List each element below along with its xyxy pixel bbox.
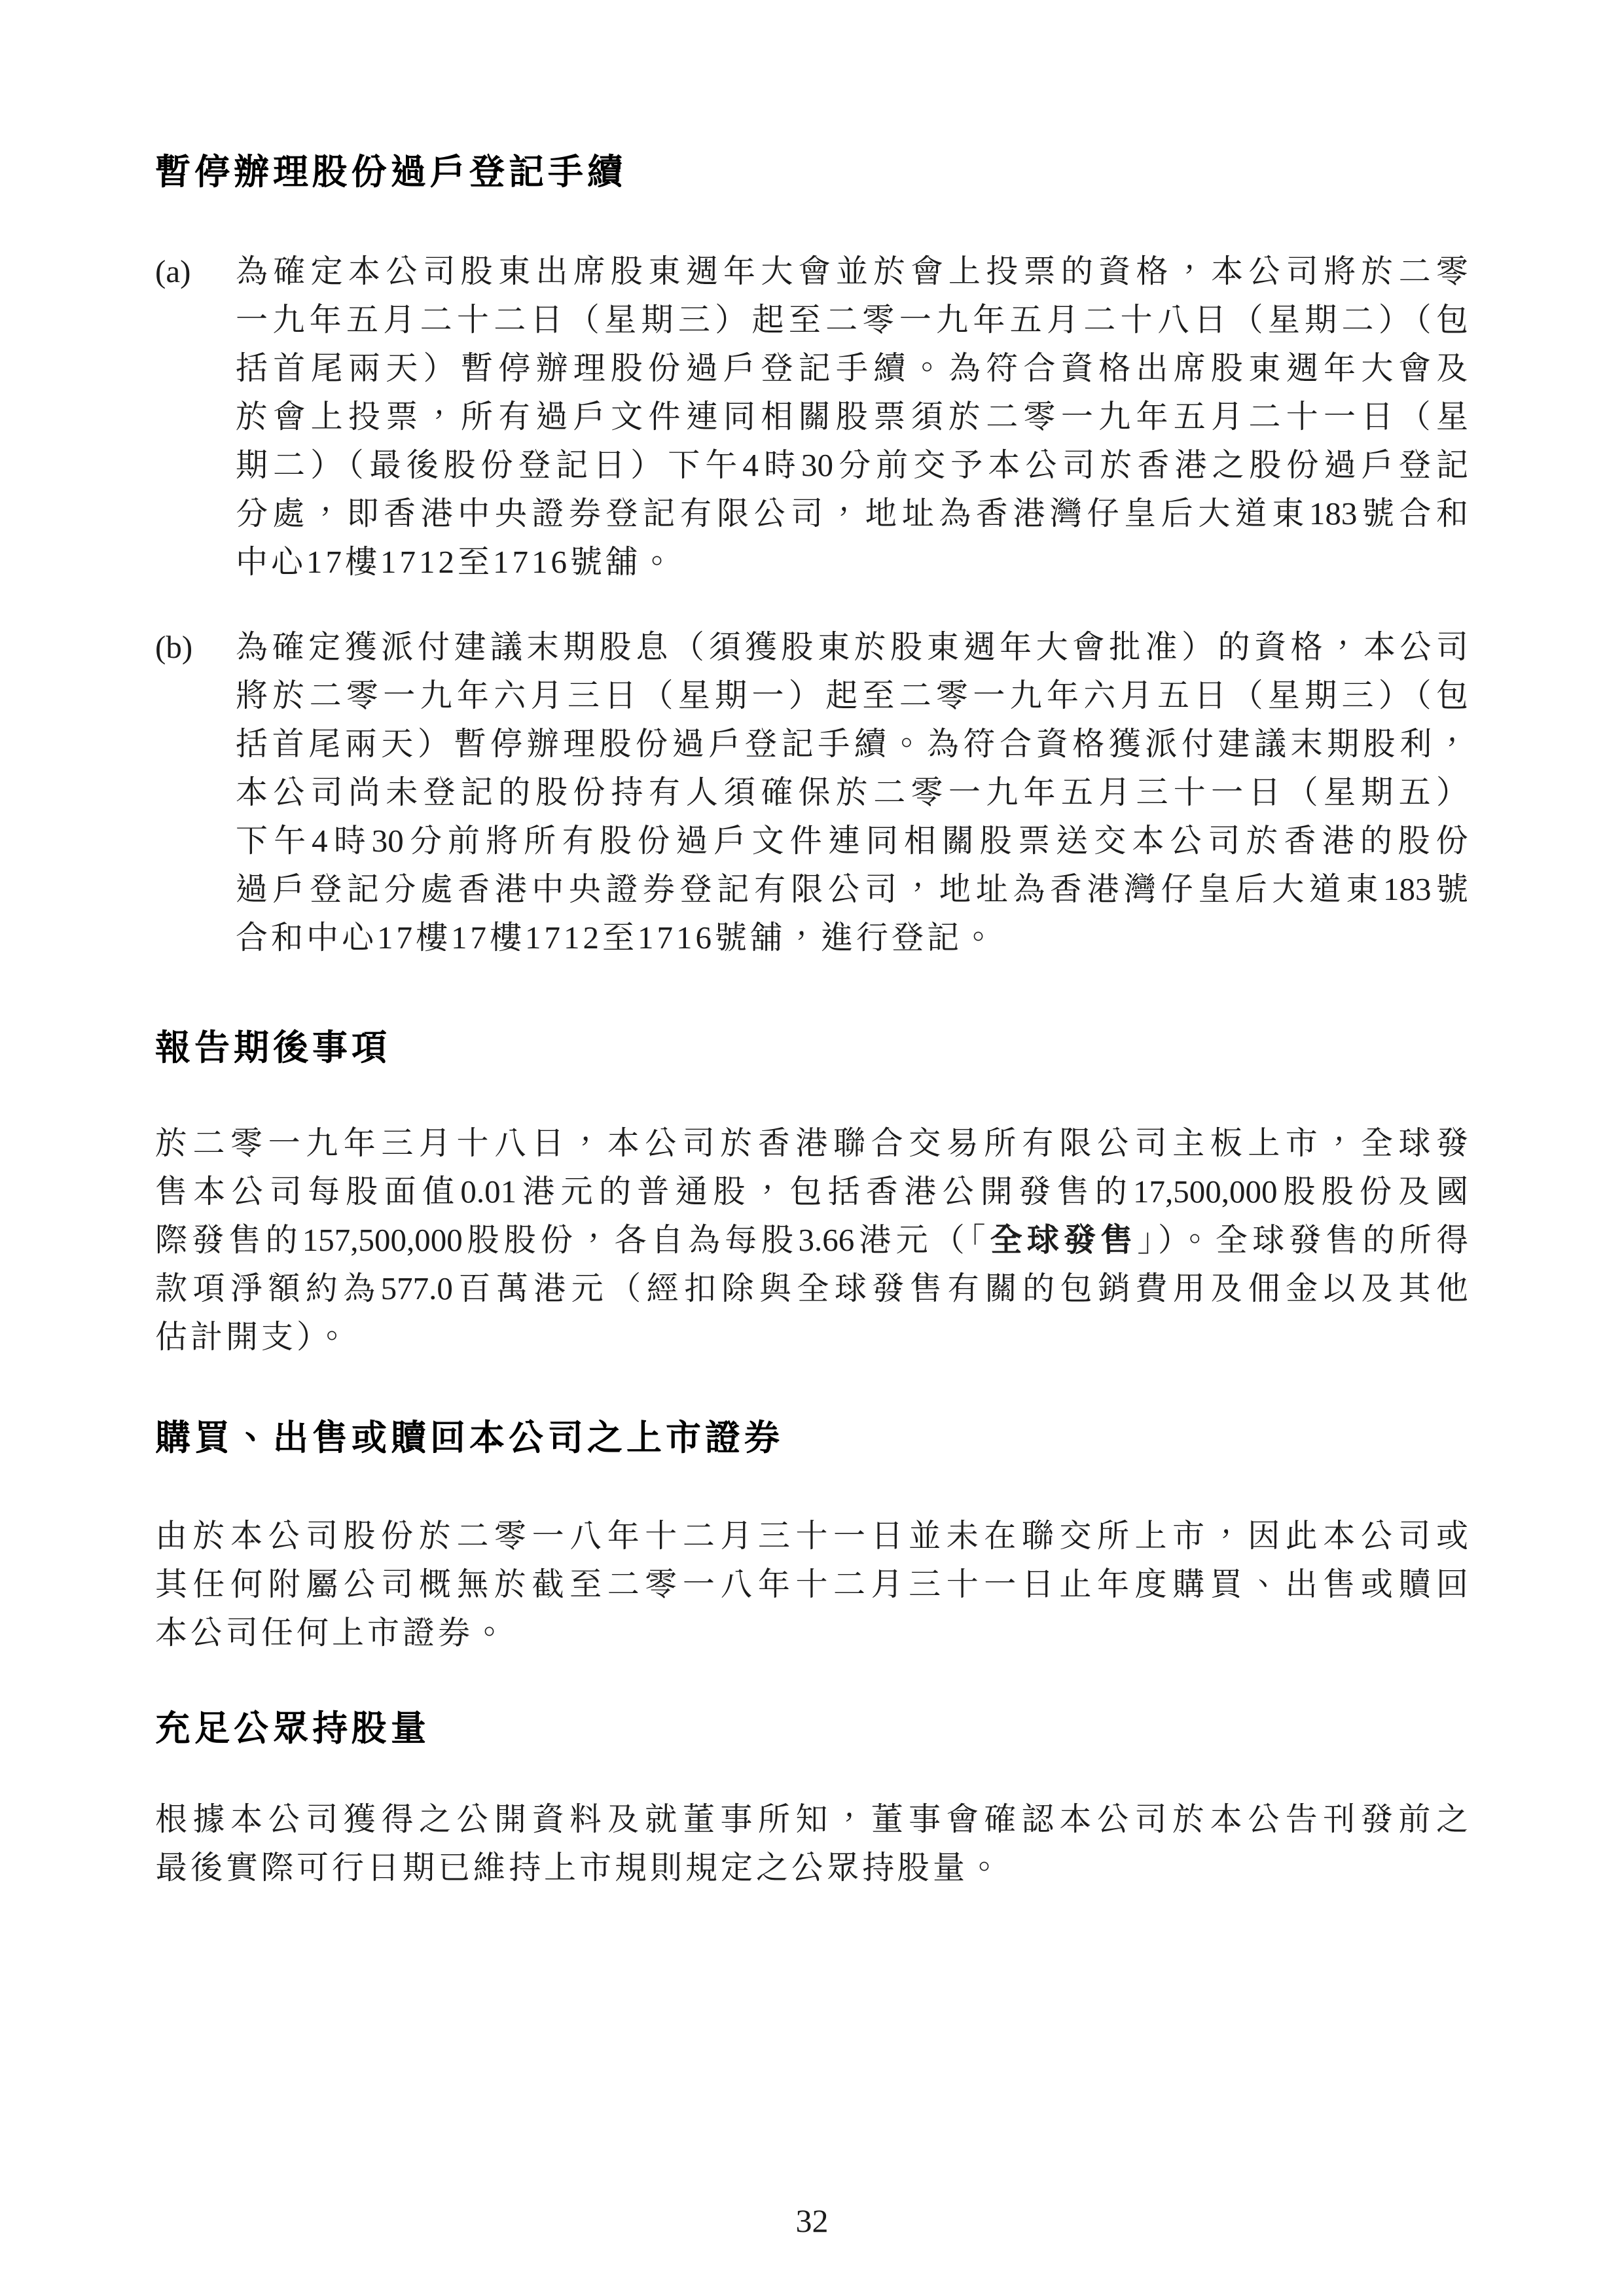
text-line: 分處，即香港中央證券登記有限公司，地址為香港灣仔皇后大道東183號合和	[236, 490, 1468, 538]
text-line: 其任何附屬公司概無於截至二零一八年十二月三十一日止年度購買、出售或贖回	[155, 1560, 1468, 1609]
page-content: 暫停辦理股份過戶登記手續 (a) 為確定本公司股東出席股東週年大會並於會上投票的…	[155, 0, 1468, 1892]
section-heading-events-after-reporting-period: 報告期後事項	[155, 1028, 1468, 1068]
text-line: 於會上投票，所有過戶文件連同相關股票須於二零一九年五月二十一日（星	[236, 393, 1468, 441]
text-line: 售本公司每股面值0.01港元的普通股，包括香港公開發售的17,500,000股股…	[155, 1168, 1468, 1216]
text-line: 款項淨額約為577.0百萬港元（經扣除與全球發售有關的包銷費用及佣金以及其他	[155, 1265, 1468, 1313]
text-line: 過戶登記分處香港中央證券登記有限公司，地址為香港灣仔皇后大道東183號	[236, 865, 1468, 914]
list-item-a-text: 為確定本公司股東出席股東週年大會並於會上投票的資格，本公司將於二零 一九年五月二…	[236, 247, 1468, 586]
text-line: 最後實際可行日期已維持上市規則規定之公眾持股量。	[155, 1844, 1468, 1892]
text-line: 為確定獲派付建議末期股息（須獲股東於股東週年大會批准）的資格，本公司	[236, 623, 1468, 672]
list-item-b-text: 為確定獲派付建議末期股息（須獲股東於股東週年大會批准）的資格，本公司 將於二零一…	[236, 623, 1468, 962]
text-line-with-bold-term: 際發售的157,500,000股股份，各自為每股3.66港元（「全球發售」）。全…	[155, 1216, 1468, 1265]
text-line: 根據本公司獲得之公開資料及就董事所知，董事會確認本公司於本公告刊發前之	[155, 1795, 1468, 1844]
text-line: 下午4時30分前將所有股份過戶文件連同相關股票送交本公司於香港的股份	[236, 817, 1468, 865]
text-line: 合和中心17樓17樓1712至1716號舖，進行登記。	[236, 914, 1468, 962]
paragraph-sufficiency-public-float: 根據本公司獲得之公開資料及就董事所知，董事會確認本公司於本公告刊發前之 最後實際…	[155, 1795, 1468, 1892]
text-line: 期二）（最後股份登記日）下午4時30分前交予本公司於香港之股份過戶登記	[236, 441, 1468, 490]
text-segment: 際發售的157,500,000股股份，各自為每股3.66港元（「	[155, 1222, 990, 1258]
list-item-a-label: (a)	[155, 247, 236, 296]
text-line: 本公司尚未登記的股份持有人須確保於二零一九年五月三十一日（星期五）	[236, 768, 1468, 817]
text-segment: 」）。全球發售的所得	[1137, 1222, 1468, 1258]
bold-term-global-offering: 全球發售	[990, 1223, 1138, 1258]
page-number: 32	[0, 2204, 1624, 2237]
paragraph-events-after-reporting-period: 於二零一九年三月十八日，本公司於香港聯合交易所有限公司主板上市，全球發 售本公司…	[155, 1119, 1468, 1361]
section-heading-purchase-sale-redemption: 購買、出售或贖回本公司之上市證券	[155, 1418, 1468, 1458]
text-line: 估計開支）。	[155, 1313, 1468, 1361]
list-item-b-label: (b)	[155, 623, 236, 672]
text-line: 本公司任何上市證券。	[155, 1609, 1468, 1657]
document-page: 暫停辦理股份過戶登記手續 (a) 為確定本公司股東出席股東週年大會並於會上投票的…	[0, 0, 1624, 2296]
text-line: 一九年五月二十二日（星期三）起至二零一九年五月二十八日（星期二）（包	[236, 296, 1468, 344]
text-line: 為確定本公司股東出席股東週年大會並於會上投票的資格，本公司將於二零	[236, 247, 1468, 296]
text-line: 中心17樓1712至1716號舖。	[236, 538, 1468, 586]
list-item-a: (a) 為確定本公司股東出席股東週年大會並於會上投票的資格，本公司將於二零 一九…	[155, 247, 1468, 586]
paragraph-purchase-sale-redemption: 由於本公司股份於二零一八年十二月三十一日並未在聯交所上市，因此本公司或 其任何附…	[155, 1512, 1468, 1657]
section-heading-sufficiency-public-float: 充足公眾持股量	[155, 1708, 1468, 1749]
text-line: 於二零一九年三月十八日，本公司於香港聯合交易所有限公司主板上市，全球發	[155, 1119, 1468, 1168]
text-line: 括首尾兩天）暫停辦理股份過戶登記手續。為符合資格出席股東週年大會及	[236, 344, 1468, 393]
text-line: 將於二零一九年六月三日（星期一）起至二零一九年六月五日（星期三）（包	[236, 672, 1468, 720]
text-line: 由於本公司股份於二零一八年十二月三十一日並未在聯交所上市，因此本公司或	[155, 1512, 1468, 1560]
text-line: 括首尾兩天）暫停辦理股份過戶登記手續。為符合資格獲派付建議末期股利，	[236, 720, 1468, 768]
list-item-b: (b) 為確定獲派付建議末期股息（須獲股東於股東週年大會批准）的資格，本公司 將…	[155, 623, 1468, 962]
section-heading-closure-of-register: 暫停辦理股份過戶登記手續	[155, 152, 1468, 192]
